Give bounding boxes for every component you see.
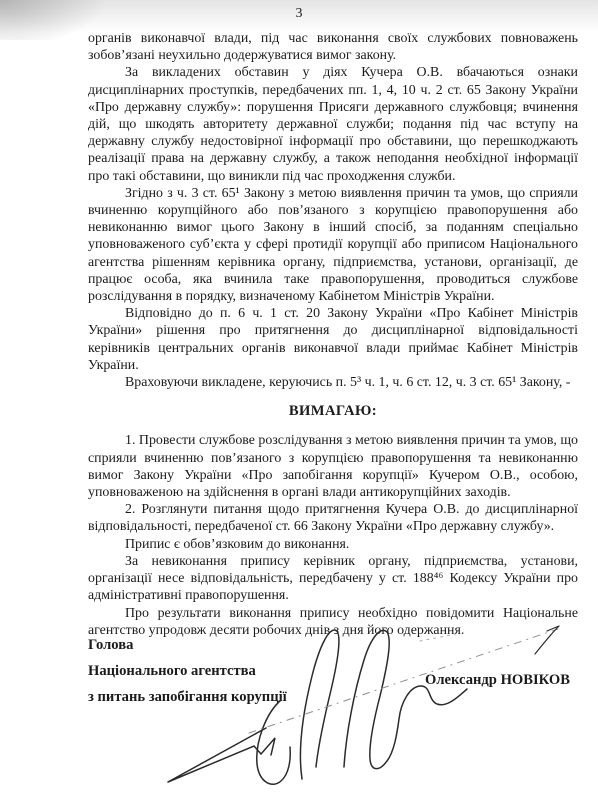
signatory-title: Голова Національного агентства з питань … [88,632,578,710]
demand-item-2: 2. Розглянути питання щодо притягнення К… [88,501,578,535]
paragraph: Враховуючи викладене, керуючись п. 5³ ч.… [88,374,578,391]
demand-heading: ВИМАГАЮ: [88,403,578,420]
page-number: 3 [0,6,598,22]
paragraph-continuation: органів виконавчої влади, під час викона… [88,30,578,64]
document-body: органів виконавчої влади, під час викона… [88,30,578,639]
signatory-title-line: Голова [88,632,578,658]
signature-block: Голова Національного агентства з питань … [88,632,578,710]
paragraph: За невиконання припису керівник органу, … [88,553,578,605]
signature-stroke [168,728,275,782]
paragraph: За викладених обставин у діях Кучера О.В… [88,64,578,184]
signature-stroke [257,700,290,784]
paragraph: Припис є обов’язковим до виконання. [88,536,578,553]
demand-item-1: 1. Провести службове розслідування з мет… [88,432,578,501]
paragraph: Відповідно до п. 6 ч. 1 ст. 20 Закону Ук… [88,305,578,374]
paragraph: Згідно з ч. 3 ст. 65¹ Закону з метою вия… [88,185,578,305]
signatory-name: Олександр НОВІКОВ [425,672,570,689]
document-page: 3 органів виконавчої влади, під час вико… [0,0,598,800]
